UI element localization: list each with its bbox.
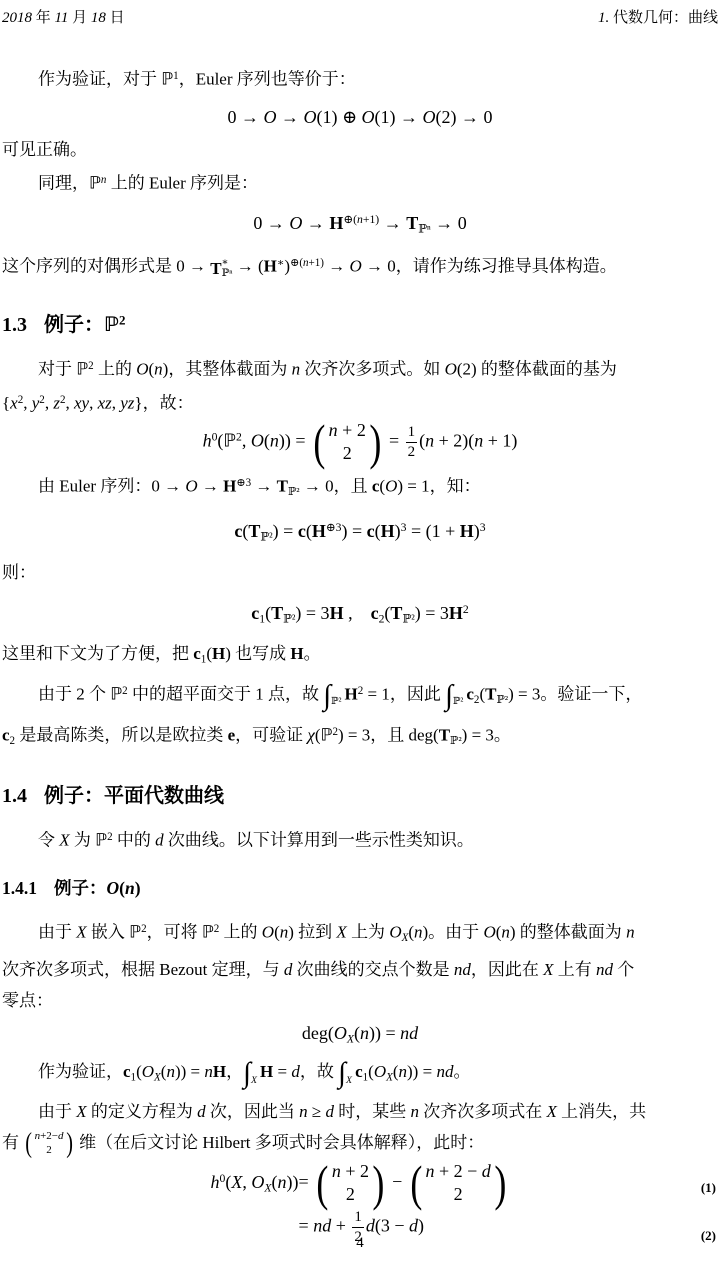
page-number: 4 bbox=[0, 1235, 720, 1252]
paragraph-by-euler-sequence: 由 Euler 序列：0 → O → H⊕3 → Tℙ² → 0，且 c(O) … bbox=[0, 468, 720, 508]
paragraph-pullback-line2: 次齐次多项式，根据 Bezout 定理，与 d 次曲线的交点个数是 nd，因此在… bbox=[0, 954, 720, 985]
paragraph-verification-integrals: 作为验证，c1(OX(n)) = nH，∫XH = d，故 ∫Xc1(OX(n)… bbox=[0, 1056, 720, 1095]
paragraph-pullback-line3: 零点： bbox=[0, 985, 720, 1016]
paragraph-vanishing-line1: 由于 X 的定义方程为 d 次，因此当 n ≥ d 时，某些 n 次齐次多项式在… bbox=[0, 1096, 720, 1127]
numbered-equation-block: h0(X, OX(n)) = (n + 22) − (n + 2 − d2) =… bbox=[0, 1160, 720, 1247]
paragraph-let-x-curve: 令 X 为 ℙ2 中的 d 次曲线。以下计算用到一些示性类知识。 bbox=[0, 822, 720, 857]
header-chapter-title: 1. 代数几何：曲线 bbox=[598, 6, 718, 27]
section-heading-1-3: 1.3例子：ℙ2 bbox=[0, 308, 720, 337]
page-header: 2018 年 11 月 18 日 1. 代数几何：曲线 bbox=[0, 0, 720, 27]
paragraph-similarly-pn: 同理，ℙn 上的 Euler 序列是： bbox=[0, 165, 720, 200]
paragraph-correct: 可见正确。 bbox=[0, 134, 720, 165]
paragraph-euler-p1-intro: 作为验证，对于 ℙ1，Euler 序列也等价于： bbox=[0, 61, 720, 96]
paragraph-then: 则： bbox=[0, 557, 720, 588]
paragraph-vanishing-line2: 有 (n+2−d2) 维（在后文讨论 Hilbert 多项式时会具体解释），此时… bbox=[0, 1127, 720, 1158]
equation-total-chern-class: c(Tℙ²) = c(H⊕3) = c(H)3 = (1 + H)3 bbox=[0, 513, 720, 552]
equation-c1-c2: c1(Tℙ²) = 3H , c2(Tℙ²) = 3H2 bbox=[0, 595, 720, 634]
equation-h0-binomial: h0(ℙ2, O(n)) = (n + 22) = 12(n + 2)(n + … bbox=[0, 419, 720, 466]
paragraph-monomial-basis: {x2, y2, z2, xy, xz, yz}，故： bbox=[0, 385, 720, 419]
equation-1-lhs: h0(X, OX(n)) bbox=[211, 1160, 299, 1207]
paragraph-pullback-line1: 由于 X 嵌入 ℙ2，可将 ℙ2 上的 O(n) 拉到 X 上为 OX(n)。由… bbox=[0, 914, 720, 954]
paragraph-hyperplane-intersection: 由于 2 个 ℙ2 中的超平面交于 1 点，故 ∫ℙ²H2 = 1，因此 ∫ℙ²… bbox=[0, 676, 720, 718]
section-heading-1-4: 1.4例子：平面代数曲线 bbox=[0, 779, 720, 808]
equation-deg-ox-n: deg(OX(n)) = nd bbox=[0, 1018, 720, 1055]
paragraph-notation-convention: 这里和下文为了方便，把 c1(H) 也写成 H。 bbox=[0, 638, 720, 675]
equation-number-1: (1) bbox=[701, 1180, 716, 1196]
document-page: 2018 年 11 月 18 日 1. 代数几何：曲线 作为验证，对于 ℙ1，E… bbox=[0, 0, 720, 1265]
paragraph-top-chern-euler-class: c2 是最高陈类，所以是欧拉类 e，可验证 χ(ℙ2) = 3，且 deg(Tℙ… bbox=[0, 717, 720, 757]
equation-euler-sequence-pn: 0 → O → H⊕(n+1) → Tℙⁿ → 0 bbox=[0, 205, 720, 244]
header-date: 2018 年 11 月 18 日 bbox=[2, 6, 125, 27]
equation-1-rhs: = (n + 22) − (n + 2 − d2) bbox=[299, 1160, 510, 1207]
paragraph-dual-form: 这个序列的对偶形式是 0 → T∗ℙⁿ → (H∗)⊕(n+1) → O → 0… bbox=[0, 248, 720, 284]
equation-euler-sequence-p1: 0 → O → O(1) ⊕ O(1) → O(2) → 0 bbox=[0, 102, 720, 132]
subsection-heading-1-4-1: 1.4.1例子：O(n) bbox=[0, 875, 720, 900]
paragraph-o-n-sections: 对于 ℙ2 上的 O(n)，其整体截面为 n 次齐次多项式。如 O(2) 的整体… bbox=[0, 351, 720, 386]
aligned-equations: h0(X, OX(n)) = (n + 22) − (n + 2 − d2) =… bbox=[0, 1160, 720, 1247]
